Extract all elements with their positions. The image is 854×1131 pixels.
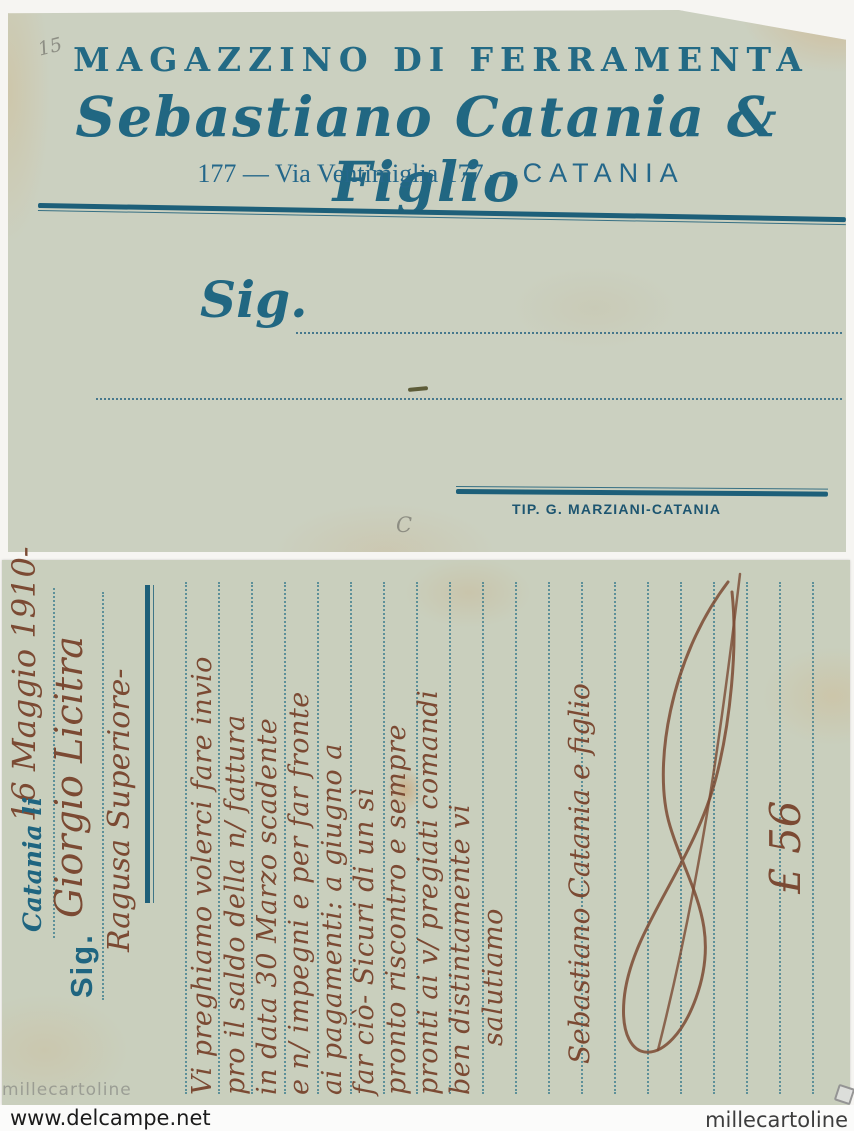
delcampe-credit: www.delcampe.net [10, 1106, 211, 1130]
recipient-dotted-line [296, 332, 842, 334]
address-line: 177 — Via Ventimiglia 177 — CATANIA [22, 158, 854, 189]
message-line: pronto riscontro e sempre [383, 652, 416, 1095]
message-line: far ciò- Sicuri di un sì [351, 590, 384, 1095]
message-line: pronti ai v/ pregiati comandi [415, 588, 448, 1095]
message-line: Vi preghiamo volerci fare invio [189, 588, 222, 1095]
sig-label: Sig. [200, 270, 307, 329]
footer-divider-rule [456, 486, 828, 497]
shop-title: MAGAZZINO DI FERRAMENTA [22, 40, 854, 79]
millecartoline-watermark-faint: millecartoline [2, 1080, 132, 1100]
message-line: in data 30 Marzo scadente [254, 598, 287, 1095]
message-line: e n/ impegni e per far fronte [286, 590, 319, 1095]
postcard-back: 16 Maggio 1910- Catania li Sig. Giorgio … [2, 560, 850, 1105]
ruled-line [548, 582, 550, 1094]
second-dotted-line [96, 398, 842, 400]
millecartoline-credit: millecartoline [705, 1108, 848, 1131]
city-name: CATANIA [523, 158, 685, 188]
recipient-name: Giorgio Licitra [50, 590, 104, 918]
pencil-letter-note: C [396, 513, 412, 537]
amount-note: £ 56 [765, 726, 827, 894]
signature-flourish [600, 568, 750, 1093]
ruled-line [515, 582, 517, 1094]
company-name: Sebastiano Catania & Figlio [8, 84, 846, 214]
printer-credit: TIP. G. MARZIANI-CATANIA [512, 501, 721, 517]
street-address: 177 — Via Ventimiglia 177 — [197, 159, 522, 188]
address-rule-thin [153, 585, 154, 903]
message-line: ben distintamente vi [447, 735, 480, 1095]
message-line: salutiamo [480, 788, 513, 1046]
message-line: pro il saldo della n/ fattura [222, 590, 255, 1095]
ink-dash-mark [408, 386, 428, 392]
postcard-front: 15 MAGAZZINO DI FERRAMENTA Sebastiano Ca… [8, 10, 846, 552]
recipient-place: Ragusa Superiore- [105, 602, 147, 952]
divider-thick-line [456, 489, 828, 497]
printed-sig-label: Sig. [66, 916, 104, 998]
message-line: ai pagamenti: a giugno a [319, 594, 352, 1095]
